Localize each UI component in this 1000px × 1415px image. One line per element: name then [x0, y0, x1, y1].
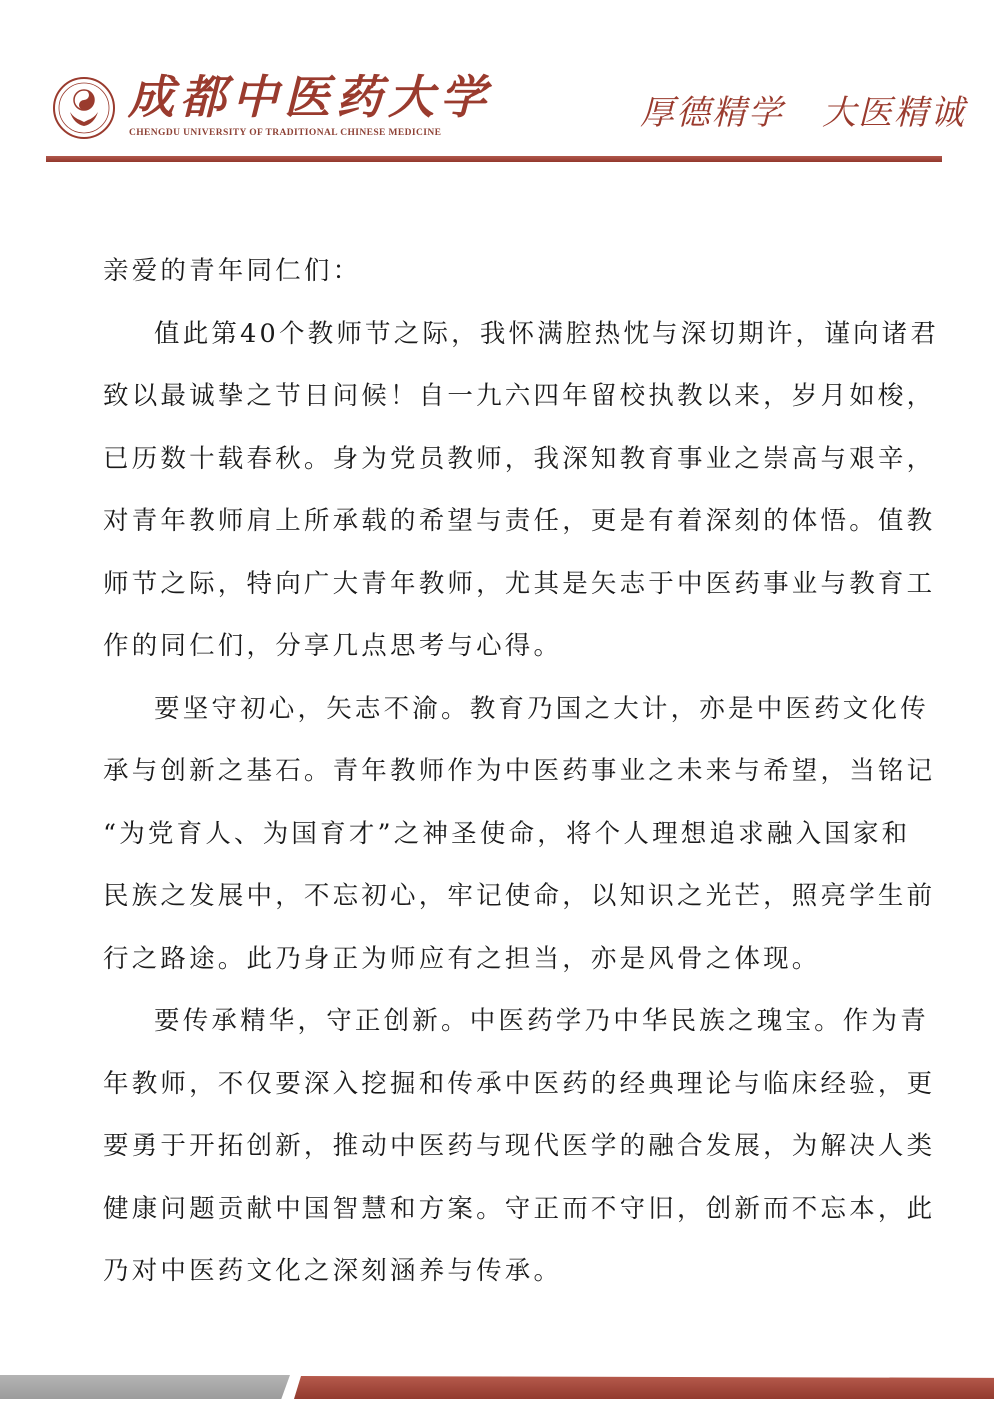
- paragraph-line: 作的同仁们，分享几点思考与心得。: [103, 615, 893, 678]
- letterhead: 成都中医药大学 CHENGDU UNIVERSITY OF TRADITIONA…: [0, 0, 1000, 175]
- paragraph-line: 值此第40个教师节之际，我怀满腔热忱与深切期许，谨向诸君: [103, 303, 893, 366]
- paragraph-line: 行之路途。此乃身正为师应有之担当，亦是风骨之体现。: [103, 928, 893, 991]
- paragraph-line: 乃对中医药文化之深刻涵养与传承。: [103, 1240, 893, 1303]
- paragraph-line: 对青年教师肩上所承载的希望与责任，更是有着深刻的体悟。值教: [103, 490, 893, 553]
- paragraph-line: 民族之发展中，不忘初心，牢记使命，以知识之光芒，照亮学生前: [103, 865, 893, 928]
- paragraph-line: 师节之际，特向广大青年教师，尤其是矢志于中医药事业与教育工: [103, 553, 893, 616]
- paragraph-line: “为党育人、为国育才”之神圣使命，将个人理想追求融入国家和: [103, 803, 893, 866]
- paragraph-line: 已历数十载春秋。身为党员教师，我深知教育事业之崇高与艰辛，: [103, 428, 893, 491]
- motto-part-2: 大医精诚: [822, 96, 966, 130]
- footer-gray-band: [0, 1375, 290, 1399]
- paragraph-line: 健康问题贡献中国智慧和方案。守正而不守旧，创新而不忘本，此: [103, 1178, 893, 1241]
- paragraph-line: 要传承精华，守正创新。中医药学乃中华民族之瑰宝。作为青: [103, 990, 893, 1053]
- footer-red-band: [294, 1376, 994, 1399]
- university-name-en: CHENGDU UNIVERSITY OF TRADITIONAL CHINES…: [129, 128, 441, 138]
- paragraph-line: 致以最诚挚之节日问候！自一九六四年留校执教以来，岁月如梭，: [103, 365, 893, 428]
- university-motto: 厚德精学大医精诚: [640, 96, 966, 130]
- university-emblem-icon: [52, 76, 116, 140]
- paragraph-line: 要勇于开拓创新，推动中医药与现代医学的融合发展，为解决人类: [103, 1115, 893, 1178]
- letter-body: 亲爱的青年同仁们： 值此第40个教师节之际，我怀满腔热忱与深切期许，谨向诸君 致…: [103, 240, 893, 1303]
- salutation: 亲爱的青年同仁们：: [103, 240, 893, 303]
- header-divider: [46, 156, 942, 162]
- paragraph-line: 承与创新之基石。青年教师作为中医药事业之未来与希望，当铭记: [103, 740, 893, 803]
- motto-part-1: 厚德精学: [640, 96, 784, 130]
- paragraph-line: 要坚守初心，矢志不渝。教育乃国之大计，亦是中医药文化传: [103, 678, 893, 741]
- university-name-cn: 成都中医药大学: [128, 74, 492, 120]
- paragraph-line: 年教师，不仅要深入挖掘和传承中医药的经典理论与临床经验，更: [103, 1053, 893, 1116]
